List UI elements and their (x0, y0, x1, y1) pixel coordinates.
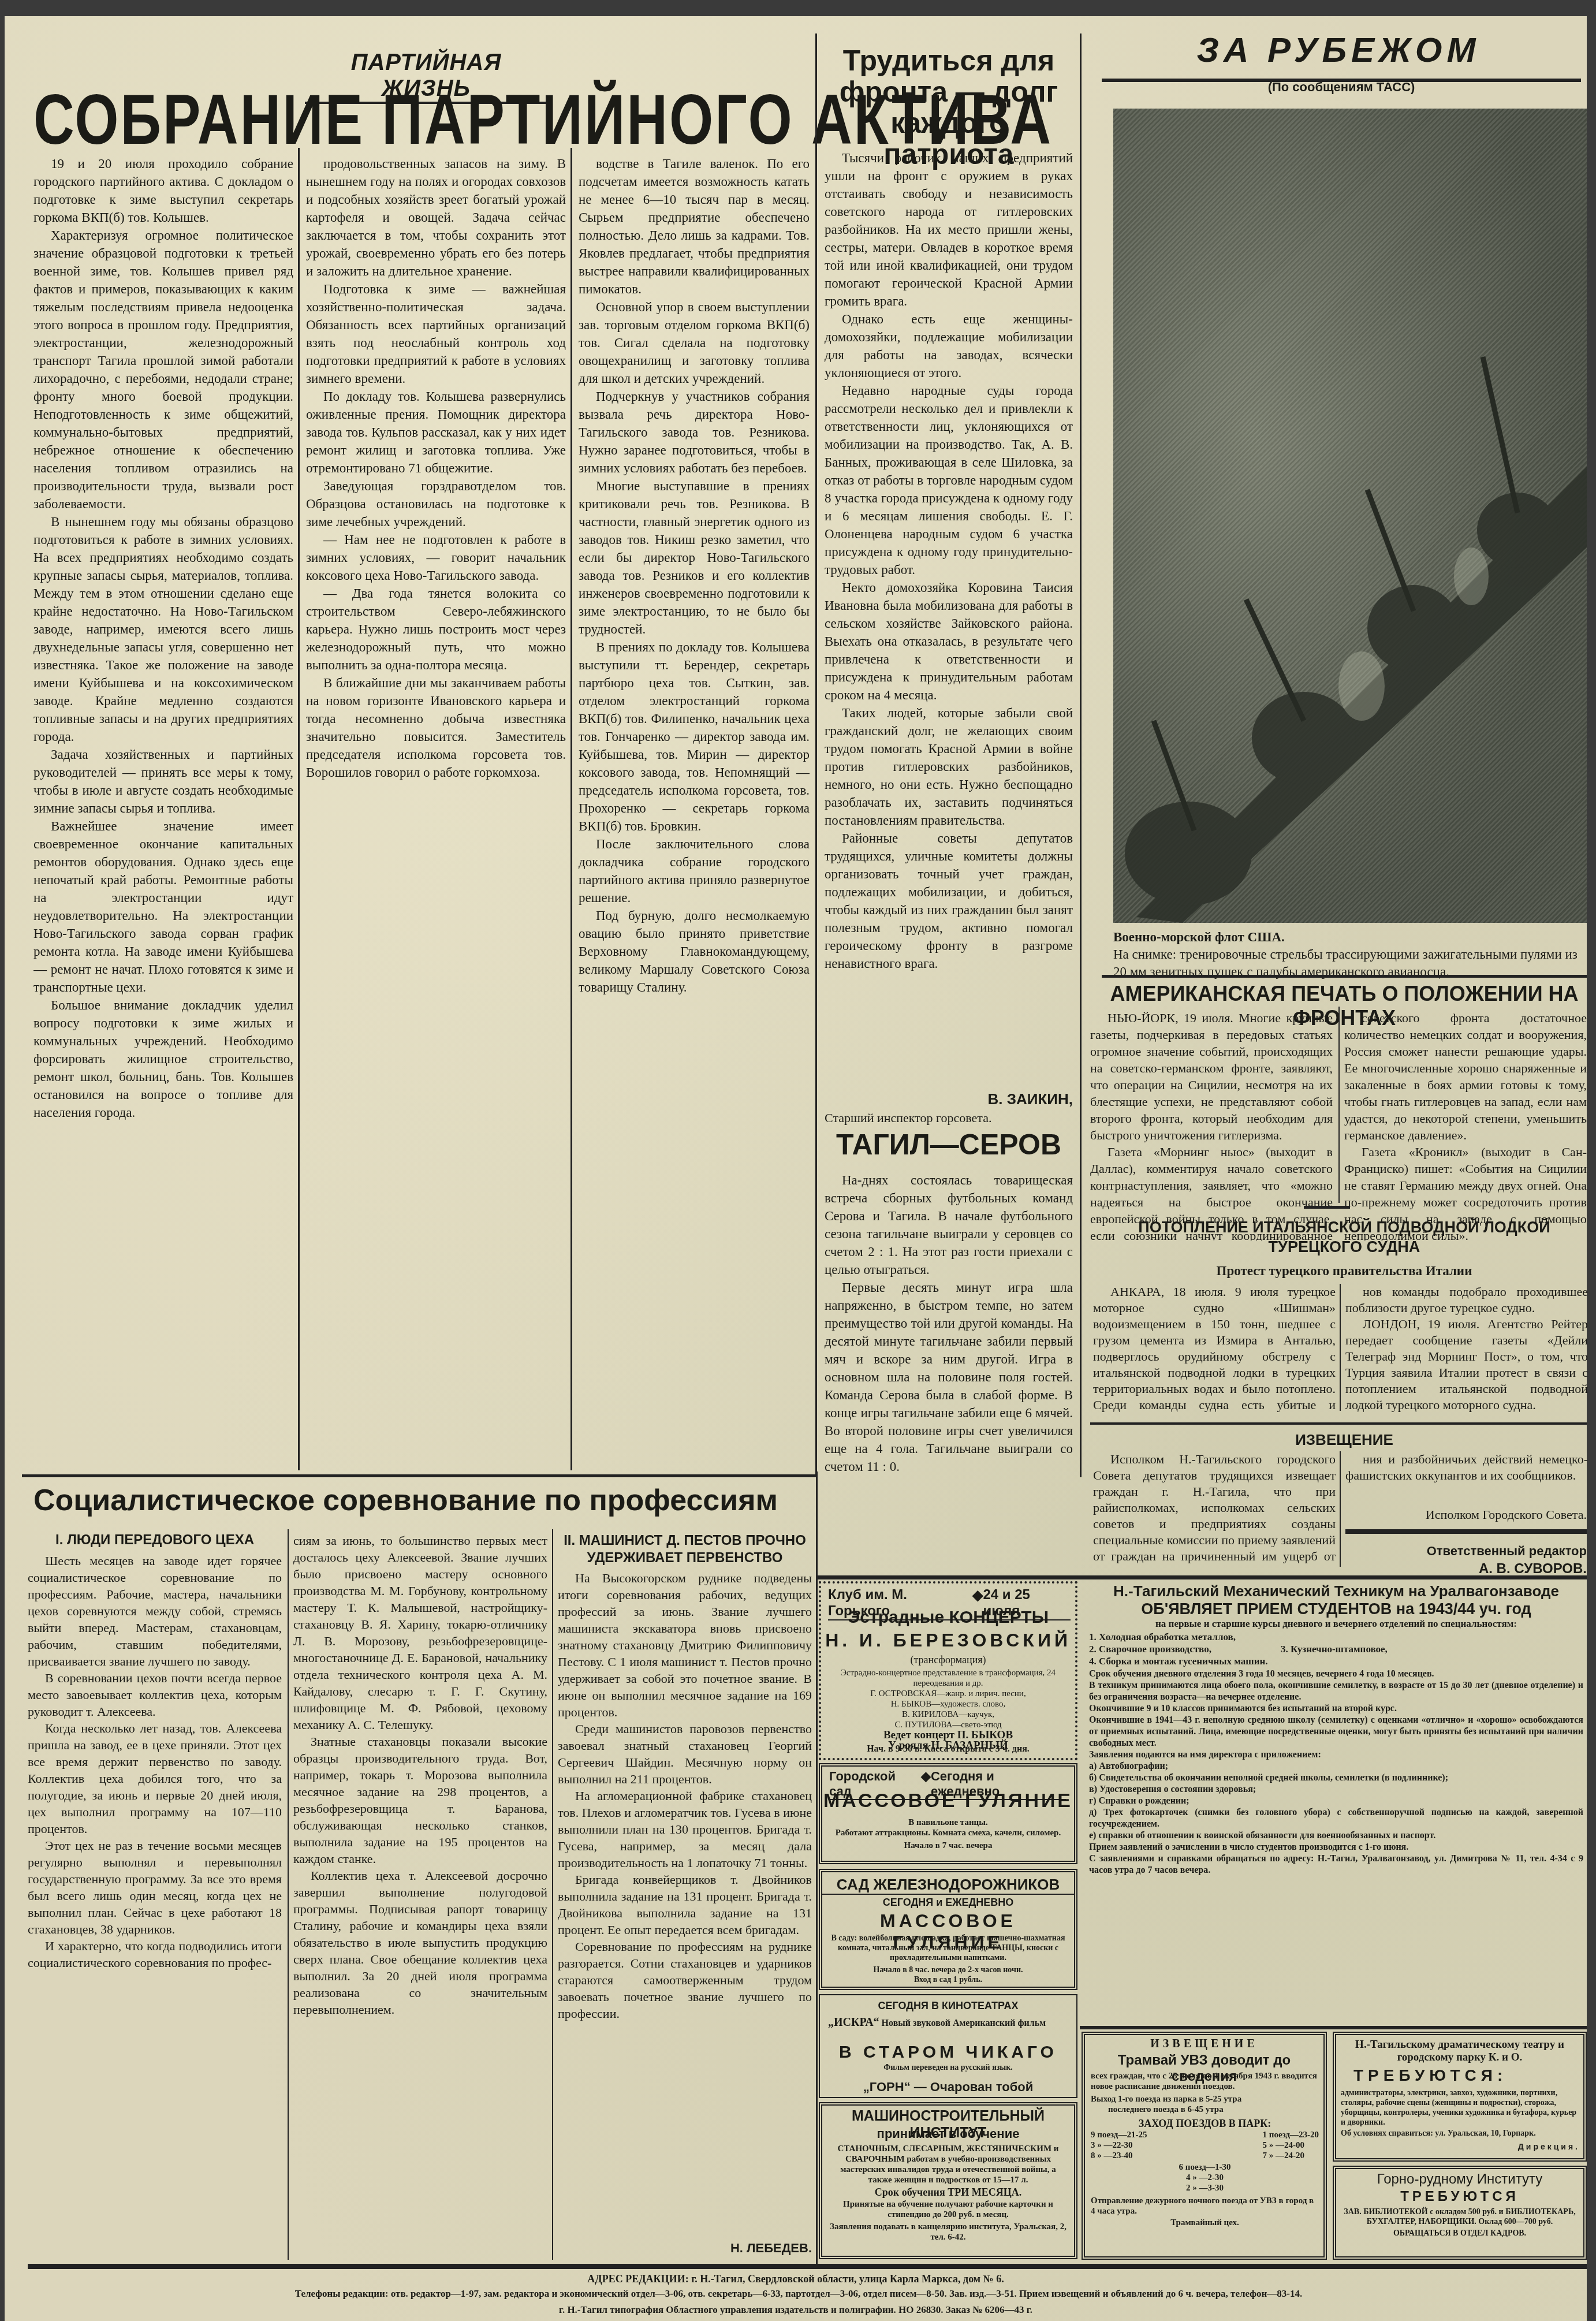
condition-line: С заявлениями и справками обращаться по … (1089, 1853, 1583, 1876)
sinking-subhead: Протест турецкого правительства Италии (1102, 1264, 1587, 1279)
competition-section2: На Высокогорском руднике подведены итоги… (558, 1570, 812, 2240)
concert-footer: Нач. в 9-30 в. Касса открыта с 3 ч. дня. (821, 1744, 1075, 1754)
paragraph: Под бурную, долго несмолкаемую овацию бы… (579, 907, 810, 996)
paragraph: Среди машинистов паровозов первенство за… (558, 1720, 812, 1787)
party-article-col2: продовольственных запасов на зиму. В нын… (306, 155, 566, 1471)
cinema-film1: В СТАРОМ ЧИКАГО (820, 2043, 1076, 2062)
column-divider (288, 1529, 289, 2260)
column-divider (1080, 33, 1082, 1477)
technikum-announcement: ОБ'ЯВЛЯЕТ ПРИЕМ СТУДЕНТОВ на 1943/44 уч.… (1086, 1600, 1587, 1618)
ad-mining-institute: Горно-рудному Институту ТРЕБУЮТСЯ ЗАВ. Б… (1333, 2166, 1587, 2260)
theatre-signature: Дирекция. (1341, 2142, 1580, 2152)
specialty-item: 2. Сварочное производство, (1089, 1643, 1211, 1655)
competition-section2-title: II. МАШИНИСТ Д. ПЕСТОВ ПРОЧНО УДЕРЖИВАЕТ… (558, 1532, 812, 1567)
competition-author: Н. ЛЕБЕДЕВ. (558, 2241, 812, 2256)
paragraph: — Два года тянется волокита со строитель… (306, 584, 566, 674)
paragraph: водстве в Тагиле валенок. По его подсчет… (579, 155, 810, 298)
paragraph: Шесть месяцев на заводе идет горячее соц… (28, 1552, 282, 1670)
cinema-film1-note: Фильм переведен на русский язык. (820, 2063, 1076, 2073)
ad-railway-garden: САД ЖЕЛЕЗНОДОРОЖНИКОВ СЕГОДНЯ и ЕЖЕДНЕВН… (819, 1869, 1077, 1990)
railway-garden-subheader: СЕГОДНЯ и ЕЖЕДНЕВНО (822, 1897, 1074, 1909)
detail-line: Вход в сад 1 рубль. (828, 1975, 1068, 1985)
detail-line: всех граждан, что с 25 июля по 1 октября… (1091, 2071, 1319, 2092)
condition-line: а) Автобиографии; (1089, 1761, 1583, 1772)
schedule-entry: 1 поезд—23-20 (1263, 2130, 1319, 2140)
paragraph: В прениях по докладу тов. Колышева высту… (579, 638, 810, 835)
paragraph: Первые десять минут игра шла напряженно,… (825, 1279, 1073, 1471)
schedule-entry: 2 » —3-30 (1091, 2183, 1319, 2193)
detail-line: В павильоне танцы. (828, 1817, 1068, 1828)
footer-printer: г. Н.-Тагил типография Областного управл… (5, 2304, 1587, 2316)
specialty-item: 3. Кузнечно-штамповое, (1281, 1643, 1388, 1655)
column-divider (815, 33, 817, 1477)
detail-line: ЗАВ. БИБЛИОТЕКОЙ с окладом 500 руб. и БИ… (1340, 2207, 1580, 2227)
paragraph: АНКАРА, 18 июля. 9 июля турецкое моторно… (1093, 1284, 1336, 1417)
mining-required: ТРЕБУЮТСЯ (1336, 2189, 1583, 2205)
section-rule (1090, 1422, 1587, 1425)
cinema-venue1: „ИСКРА“ Новый звуковой Американский филь… (828, 2016, 1071, 2029)
competition-section1-title: I. ЛЮДИ ПЕРЕДОВОГО ЦЕХА (28, 1532, 282, 1548)
paragraph: Некто домохозяйка Коровина Таисия Иванов… (825, 579, 1073, 704)
paragraph: Таких людей, которые забыли свой граждан… (825, 704, 1073, 829)
paragraph: Тысячи рабочих наших предприятий ушли на… (825, 149, 1073, 310)
headline-sinking: ПОТОПЛЕНИЕ ИТАЛЬЯНСКОЙ ПОДВОДНОЙ ЛОДКОЙ … (1102, 1217, 1587, 1257)
garden-details: В павильоне танцы. Работают аттракционы.… (828, 1817, 1068, 1851)
anti-aircraft-guns-illustration (1113, 109, 1587, 923)
newspaper-page: ПАРТИЙНАЯ ЖИЗНЬ СОБРАНИЕ ПАРТИЙНОГО АКТИ… (5, 16, 1587, 2321)
american-press-col2: советского фронта достаточное количество… (1344, 1009, 1587, 1240)
footer-rule (28, 2264, 1587, 2269)
paragraph: В соревновании цехов почти всегда первое… (28, 1670, 282, 1720)
program-line: Г. ОСТРОВСКАЯ—жанр. и лирич. песни, (827, 1689, 1069, 1699)
schedule-entry: 9 поезд—21-25 (1091, 2130, 1147, 2140)
american-press-col1: НЬЮ-ЙОРК, 19 июля. Многие крупные газеты… (1090, 1009, 1333, 1240)
condition-line: б) Свидетельства об окончании неполной с… (1089, 1772, 1583, 1784)
detail-line: администраторы, электрики, завхоз, худож… (1341, 2088, 1580, 2128)
party-article-col3: водстве в Тагиле валенок. По его подсчет… (579, 155, 810, 1471)
schedule-entry: 8 » —23-40 (1091, 2151, 1147, 2161)
abroad-source: (По сообщениям ТАСС) (1102, 80, 1581, 95)
short-rule (1304, 1206, 1350, 1209)
column-divider (298, 148, 300, 1470)
column-divider (1340, 1451, 1341, 1567)
paragraph: Знатные стахановцы показали высокие обра… (293, 1733, 547, 1867)
front-article-author: В. ЗАИКИН, (825, 1090, 1073, 1108)
column-divider (816, 1471, 818, 2268)
paragraph: НЬЮ-ЙОРК, 19 июля. Многие крупные газеты… (1090, 1009, 1333, 1143)
paragraph: советского фронта достаточное количество… (1344, 1009, 1587, 1143)
detail-line: Заявления подавать в канцелярию институт… (828, 2222, 1068, 2242)
notice-col1: Исполком Н.-Тагильского городского Совет… (1093, 1451, 1336, 1567)
paragraph: ния и разбойничьих действий немецко-фаши… (1345, 1451, 1588, 1484)
detail-line: Срок обучения ТРИ МЕСЯЦА. (828, 2187, 1068, 2197)
tram-details: всех граждан, что с 25 июля по 1 октября… (1091, 2071, 1319, 2228)
schedule-left: 9 поезд—21-25 3 » —22-30 8 » —23-40 (1091, 2130, 1147, 2161)
schedule-right: 1 поезд—23-20 5 » —24-00 7 » —24-20 (1263, 2130, 1319, 2161)
program-line: В. КИРИЛОВА—каучук, (827, 1709, 1069, 1720)
tram-footer: Отправление дежурного ночного поезда от … (1091, 2196, 1319, 2216)
railway-garden-header: САД ЖЕЛЕЗНОДОРОЖНИКОВ (822, 1876, 1074, 1895)
paragraph: Подчеркнув у участников собрания вызвала… (579, 388, 810, 477)
footer-phones: Телефоны редакции: отв. редактор—1-97, з… (16, 2288, 1581, 2300)
condition-line: Срок обучения дневного отделения 3 года … (1089, 1668, 1583, 1680)
institute-details: СТАНОЧНЫМ, СЛЕСАРНЫМ, ЖЕСТЯНИЧЕСКИМ и СВ… (828, 2144, 1068, 2242)
tram-header: ИЗВЕЩЕНИЕ (1085, 2037, 1323, 2051)
mining-title: Горно-рудному Институту (1336, 2171, 1583, 2188)
condition-line: е) справки об отношении к воинской обяза… (1089, 1830, 1583, 1842)
technikum-conditions: Срок обучения дневного отделения 3 года … (1086, 1668, 1587, 1876)
ad-cinema: СЕГОДНЯ В КИНОТЕАТРАХ „ИСКРА“ Новый звук… (819, 1994, 1077, 2098)
editor-name: А. В. СУВОРОВ. (1345, 1561, 1587, 1577)
schedule-entry: 6 поезд—1-30 (1091, 2162, 1319, 2173)
railway-garden-details: В саду: волейбольная площадка, работает … (828, 1933, 1068, 1985)
sport-article-body: На-днях состоялась товарищеская встреча … (825, 1171, 1073, 1471)
paragraph: Недавно народные суды города рассмотрели… (825, 382, 1073, 579)
cinema-venue1-name: „ИСКРА“ (828, 2016, 879, 2029)
section-rule (1102, 975, 1587, 978)
column-divider (1338, 1007, 1340, 1203)
paragraph: Исполком Н.-Тагильского городского Совет… (1093, 1451, 1336, 1567)
paragraph: На-днях состоялась товарищеская встреча … (825, 1171, 1073, 1279)
paragraph: По докладу тов. Колышева развернулись ож… (306, 388, 566, 477)
condition-line: в) Удостоверения о состоянии здоровья; (1089, 1784, 1583, 1795)
paragraph: сиям за июнь, то большинство первых мест… (293, 1532, 547, 1733)
paragraph: Однако есть еще женщины-домохозяйки, под… (825, 310, 1073, 382)
detail-line: Принятые на обучение получают рабочие ка… (828, 2199, 1068, 2220)
paragraph: Коллектив цеха т. Алексеевой досрочно за… (293, 1867, 547, 2018)
specialty-item: 1. Холодная обработка металлов, (1089, 1631, 1583, 1643)
tram-signature: Трамвайный цех. (1091, 2218, 1319, 2228)
concert-title: Эстрадные КОНЦЕРТЫ (821, 1608, 1075, 1627)
photo-caption: Военно-морской флот США. На снимке: трен… (1113, 929, 1587, 981)
theatre-title: Н.-Тагильскому драматическому театру и г… (1340, 2039, 1580, 2064)
party-article-col1: 19 и 20 июля проходило собрание городско… (33, 155, 293, 1471)
paragraph: Районные советы депутатов трудящихся, ул… (825, 829, 1073, 973)
institute-subtitle: принимает в обучение (822, 2126, 1074, 2141)
condition-line: Окончившие 9 и 10 классов принимаются бе… (1089, 1703, 1583, 1715)
abroad-header-frame: ЗА РУБЕЖОМ (1102, 32, 1581, 82)
paragraph: продовольственных запасов на зиму. В нын… (306, 155, 566, 280)
competition-section1: Шесть месяцев на заводе идет горячее соц… (28, 1552, 282, 2257)
cinema-venue2: „ГОРН“ — Очарован тобой (820, 2080, 1076, 2095)
sinking-col1: АНКАРА, 18 июля. 9 июля турецкое моторно… (1093, 1284, 1336, 1417)
condition-line: В техникум принимаются лица обоего пола,… (1089, 1680, 1583, 1703)
condition-line: Прием заявлений о зачислении в число сту… (1089, 1842, 1583, 1853)
ad-institute: МАШИНОСТРОИТЕЛЬНЫЙ ИНСТИТУТ принимает в … (819, 2102, 1077, 2259)
detail-line: Работают аттракционы. Комната смеха, кач… (828, 1828, 1068, 1838)
navy-photo (1113, 109, 1587, 923)
theatre-details: администраторы, электрики, завхоз, худож… (1341, 2088, 1580, 2152)
paragraph: Основной упор в своем выступлении зав. т… (579, 298, 810, 388)
paragraph: После заключительного слова докладчика с… (579, 835, 810, 907)
notice-headline: ИЗВЕЩЕНИЕ (1102, 1431, 1587, 1449)
program-line: Н. БЫКОВ—художеств. слово, (827, 1699, 1069, 1709)
concert-subtitle: (трансформация) (821, 1654, 1075, 1666)
concert-performer: Н. И. БЕРЕЗОВСКИЙ (821, 1630, 1075, 1651)
paragraph: 19 и 20 июля проходило собрание городско… (33, 155, 293, 226)
technikum-intro: на первые и старшие курсы дневного и веч… (1086, 1618, 1587, 1630)
ad-city-garden: Городской сад ◆ Сегодня и ежедневно МАСС… (819, 1763, 1077, 1864)
paragraph: На Высокогорском руднике подведены итоги… (558, 1570, 812, 1720)
column-divider (552, 1529, 553, 2260)
paragraph: Характеризуя огромное политическое значе… (33, 226, 293, 513)
sinking-col2: нов команды подобрало проходившее поблиз… (1345, 1284, 1588, 1417)
paragraph: И характерно, что когда подводились итог… (28, 1938, 282, 1971)
paragraph: Когда несколько лет назад, тов. Алексеев… (28, 1720, 282, 1837)
mining-details: ЗАВ. БИБЛИОТЕКОЙ с окладом 500 руб. и БИ… (1340, 2207, 1580, 2238)
front-article-author-title: Старший инспектор горсовета. (825, 1111, 1073, 1126)
schedule-entry: 5 » —24-00 (1263, 2140, 1319, 2151)
detail-line: Об условиях справиться: ул. Уральская, 1… (1341, 2129, 1580, 2139)
cinema-venue1-desc: Новый звуковой Американский фильм (882, 2018, 1046, 2028)
detail-line: В саду: волейбольная площадка, работает … (828, 1933, 1068, 1963)
paragraph: Важнейшее значение имеет своевременное о… (33, 817, 293, 996)
ad-technikum: Н.-Тагильский Механический Техникум на У… (1086, 1582, 1587, 1990)
notice-col2: ния и разбойничьих действий немецко-фаши… (1345, 1451, 1588, 1515)
paragraph: Заведующая горздравотделом тов. Образцов… (306, 477, 566, 531)
paragraph: Соревнование по профессиям на руднике ра… (558, 1938, 812, 2022)
paragraph: Этот цех не раз в течение восьми месяцев… (28, 1837, 282, 1938)
condition-line: д) Трех фотокарточек (снимки без головно… (1089, 1807, 1583, 1830)
column-divider (1340, 1284, 1341, 1411)
photo-caption-text: На снимке: тренировочные стрельбы трасси… (1113, 947, 1578, 979)
detail-line: СТАНОЧНЫМ, СЛЕСАРНЫМ, ЖЕСТЯНИЧЕСКИМ и СВ… (828, 2144, 1068, 2185)
front-article-body: Тысячи рабочих наших предприятий ушли на… (825, 149, 1073, 1004)
headline-competition: Социалистическое соревнование по професс… (33, 1483, 813, 1518)
column-divider (570, 148, 572, 1470)
footer-address: АДРЕС РЕДАКЦИИ: г. Н.-Тагил, Свердловско… (5, 2273, 1587, 2285)
technikum-title: Н.-Тагильский Механический Техникум на У… (1086, 1582, 1587, 1600)
section-rule (22, 1474, 816, 1477)
cinema-header: СЕГОДНЯ В КИНОТЕАТРАХ (820, 2000, 1076, 2012)
paragraph: Подготовка к зиме — важнейшая хозяйствен… (306, 280, 566, 388)
section-rule (1345, 1529, 1587, 1534)
notice-signature: Исполком Городского Совета. (1373, 1507, 1587, 1522)
schedule-bottom: 6 поезд—1-30 4 » —2-30 2 » —3-30 (1091, 2162, 1319, 2193)
paragraph: — Нам нее не подготовлен к работе в зимн… (306, 531, 566, 584)
section-rule (816, 1575, 1587, 1579)
paragraph: На агломерационной фабрике стахановец то… (558, 1787, 812, 1871)
garden-footer: Начало в 7 час. вечера (828, 1841, 1068, 1851)
section-rule (1080, 2026, 1587, 2029)
detail-line: Начало в 8 час. вечера до 2-х часов ночи… (828, 1965, 1068, 1975)
condition-line: г) Справки о рождении; (1089, 1795, 1583, 1807)
abroad-header: ЗА РУБЕЖОМ (1188, 30, 1489, 70)
editor-title: Ответственный редактор (1345, 1544, 1587, 1559)
condition-line: Окончившие в 1941—43 г. неполную среднюю… (1089, 1715, 1583, 1749)
ad-tram-notice: ИЗВЕЩЕНИЕ Трамвай УВЗ доводит до сведени… (1082, 2032, 1327, 2260)
paragraph: Задача хозяйственных и партийных руковод… (33, 746, 293, 817)
detail-line: последнего поезда в 6-45 утра (1091, 2104, 1319, 2115)
paragraph: ЛОНДОН, 19 июля. Агентство Рейтер переда… (1345, 1316, 1588, 1413)
schedule-entry: 3 » —22-30 (1091, 2140, 1147, 2151)
tram-return-header: ЗАХОД ПОЕЗДОВ В ПАРК: (1091, 2118, 1319, 2129)
detail-line: ОБРАЩАТЬСЯ В ОТДЕЛ КАДРОВ. (1340, 2229, 1580, 2238)
paragraph: В ближайшие дни мы заканчиваем работы на… (306, 674, 566, 781)
paragraph: В нынешнем году мы обязаны образцово под… (33, 513, 293, 746)
ad-theatre: Н.-Тагильскому драматическому театру и г… (1333, 2032, 1587, 2162)
paragraph: Бригада конвейерщиков т. Двойников выпол… (558, 1871, 812, 1938)
headline-tagil-serov: ТАГИЛ—СЕРОВ (825, 1128, 1073, 1161)
ad-concert: Клуб им. М. Горького ◆ 24 и 25 июля Эстр… (819, 1581, 1077, 1760)
paragraph: нов команды подобрало проходившее поблиз… (1345, 1284, 1588, 1316)
paragraph: Многие выступавшие в прениях критиковали… (579, 477, 810, 638)
garden-title: МАССОВОЕ ГУЛЯНИЕ (822, 1790, 1074, 1812)
schedule-entry: 4 » —2-30 (1091, 2173, 1319, 2183)
detail-line: Выход 1-го поезда из парка в 5-25 утра (1091, 2094, 1319, 2104)
condition-line: Заявления подаются на имя директора с пр… (1089, 1749, 1583, 1761)
specialty-item: 4. Сборка и монтаж гусеничных машин. (1089, 1655, 1583, 1667)
concert-program: Эстрадно-концертное представление в тран… (827, 1668, 1069, 1751)
paragraph: Большое внимание докладчик уделил вопрос… (33, 996, 293, 1122)
schedule-entry: 7 » —24-20 (1263, 2151, 1319, 2161)
program-line: Эстрадно-концертное представление в тран… (827, 1668, 1069, 1689)
photo-caption-title: Военно-морской флот США. (1113, 930, 1285, 944)
technikum-specialties: 1. Холодная обработка металлов, 2. Сваро… (1086, 1630, 1587, 1668)
theatre-required: ТРЕБУЮТСЯ: (1353, 2066, 1507, 2085)
competition-section1-cont: сиям за июнь, то большинство первых мест… (293, 1532, 547, 2257)
